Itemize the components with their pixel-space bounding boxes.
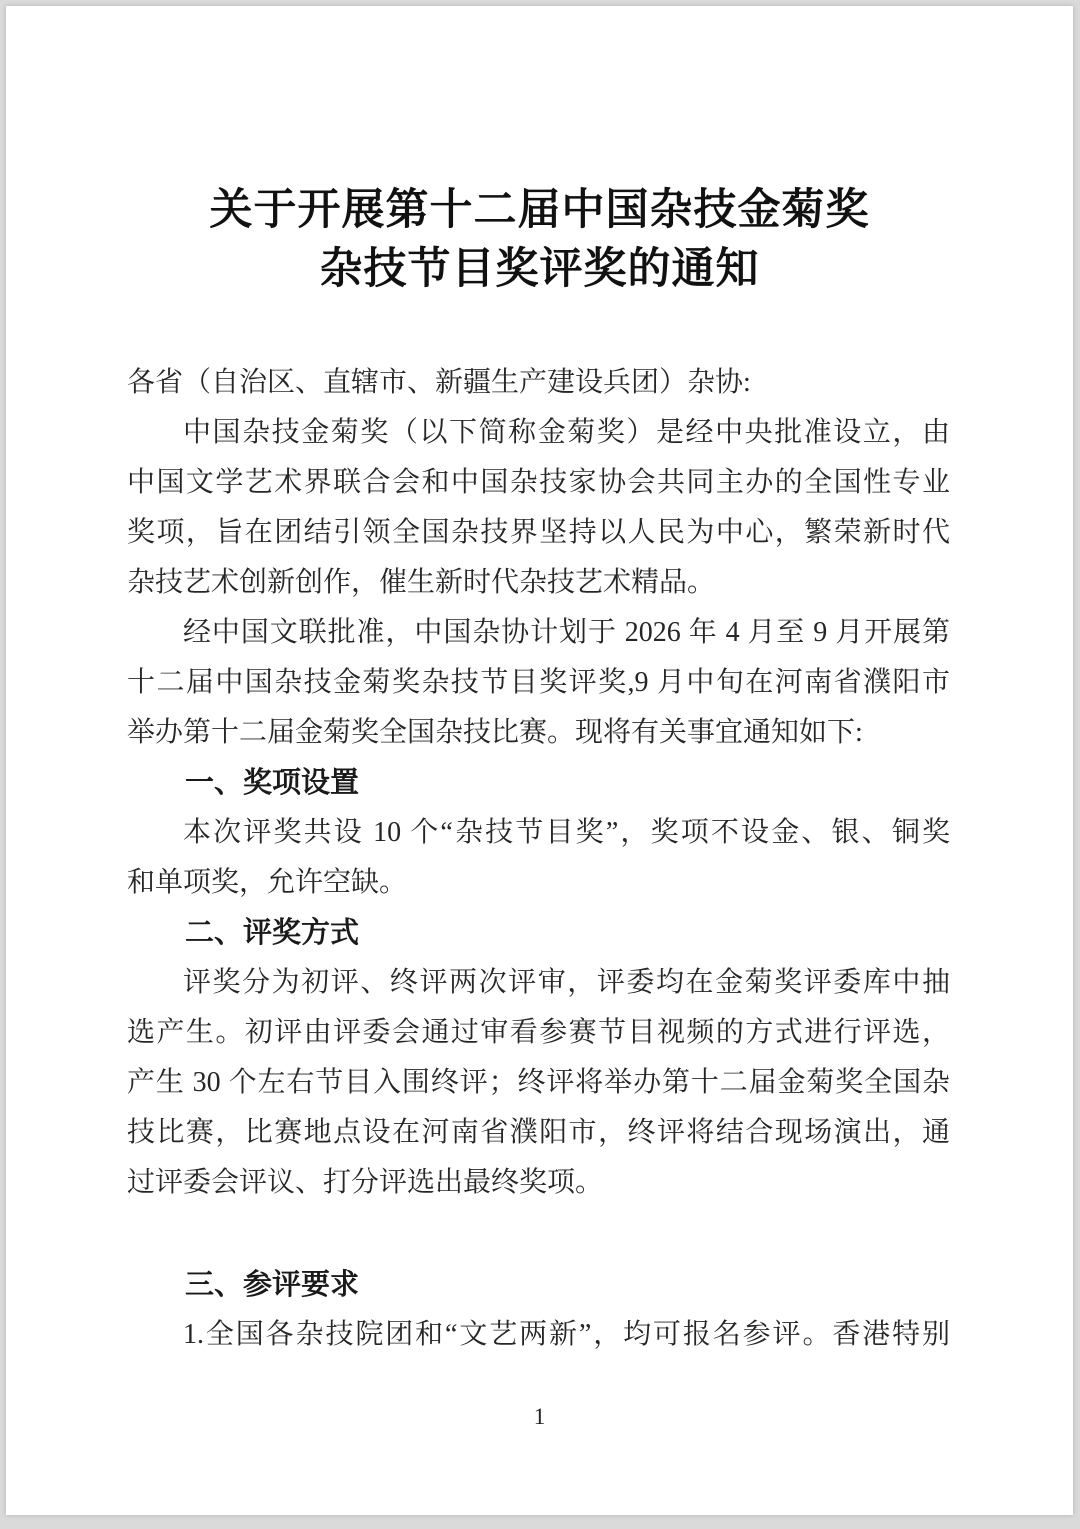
doc-line: 评奖分为初评、终评两次评审，评委均在金菊奖评委库中抽 [127,958,950,1008]
doc-line: 奖项，旨在团结引领全国杂技界坚持以人民为中心，繁荣新时代 [127,508,950,558]
document-page: 关于开展第十二届中国杂技金菊奖 杂技节目奖评奖的通知 各省（自治区、直辖市、新疆… [6,6,1073,1515]
doc-line: 中国文学艺术界联合会和中国杂技家协会共同主办的全国性专业 [127,458,950,508]
doc-line: 本次评奖共设 10 个“杂技节目奖”，奖项不设金、银、铜奖 [127,808,950,858]
section-heading: 二、评奖方式 [127,908,950,958]
page-number: 1 [6,1402,1073,1432]
salutation-line: 各省（自治区、直辖市、新疆生产建设兵团）杂协: [127,358,950,408]
doc-line: 产生 30 个左右节目入围终评；终评将举办第十二届金菊奖全国杂 [127,1058,950,1108]
doc-line: 1.全国各杂技院团和“文艺两新”，均可报名参评。香港特别 [127,1310,950,1360]
section-heading: 三、参评要求 [127,1260,950,1310]
doc-line: 经中国文联批准，中国杂协计划于 2026 年 4 月至 9 月开展第 [127,608,950,658]
scanned-document-background: 关于开展第十二届中国杂技金菊奖 杂技节目奖评奖的通知 各省（自治区、直辖市、新疆… [0,0,1080,1529]
doc-line: 举办第十二届金菊奖全国杂技比赛。现将有关事宜通知如下: [127,708,950,758]
doc-line: 过评委会评议、打分评选出最终奖项。 [127,1158,950,1208]
document-title-line-1: 关于开展第十二届中国杂技金菊奖 [6,181,1073,240]
doc-line: 技比赛，比赛地点设在河南省濮阳市，终评将结合现场演出，通 [127,1108,950,1158]
doc-line: 十二届中国杂技金菊奖杂技节目奖评奖,9 月中旬在河南省濮阳市 [127,658,950,708]
doc-line: 选产生。初评由评委会通过审看参赛节目视频的方式进行评选， [127,1008,950,1058]
section-heading: 一、奖项设置 [127,758,950,808]
blank-line [127,1208,950,1260]
document-title-line-2: 杂技节目奖评奖的通知 [6,240,1073,299]
document-title: 关于开展第十二届中国杂技金菊奖 杂技节目奖评奖的通知 [6,181,1073,299]
document-body: 各省（自治区、直辖市、新疆生产建设兵团）杂协:中国杂技金菊奖（以下简称金菊奖）是… [127,358,950,1360]
doc-line: 中国杂技金菊奖（以下简称金菊奖）是经中央批准设立，由 [127,408,950,458]
doc-line: 和单项奖，允许空缺。 [127,858,950,908]
doc-line: 杂技艺术创新创作，催生新时代杂技艺术精品。 [127,558,950,608]
